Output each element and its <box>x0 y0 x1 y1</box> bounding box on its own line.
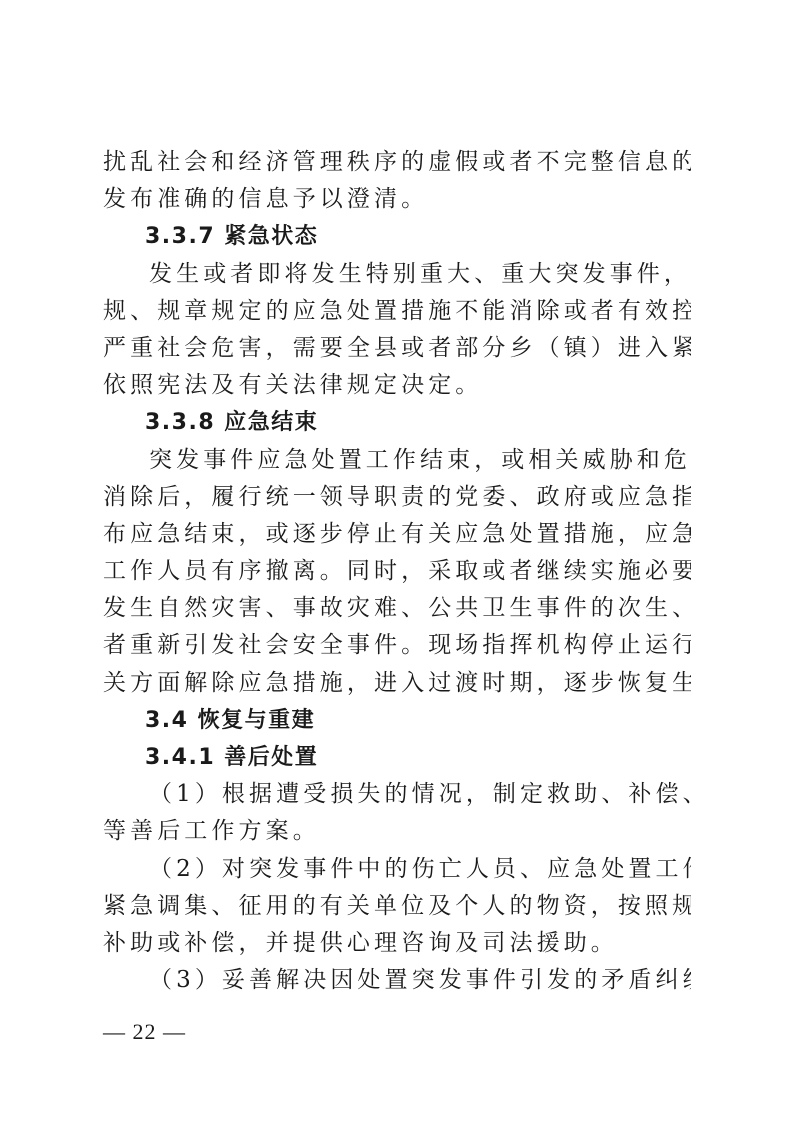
page-number: — 22 — <box>103 1019 186 1045</box>
body-line: 突发事件应急处置工作结束，或相关威胁和危害得到控制、 <box>103 442 691 479</box>
section-heading-3-4: 3.4 恢复与重建 <box>103 702 691 739</box>
body-line: 布应急结束，或逐步停止有关应急处置措施，应急救援队伍和 <box>103 516 691 553</box>
body-line: 关方面解除应急措施，进入过渡时期，逐步恢复生产生活秩序。 <box>103 665 691 702</box>
body-line: 依照宪法及有关法律规定决定。 <box>103 367 691 404</box>
body-line: 等善后工作方案。 <box>103 813 691 850</box>
body-line: 消除后，履行统一领导职责的党委、政府或应急指挥机构可宣 <box>103 479 691 516</box>
body-line: 发生自然灾害、事故灾难、公共卫生事件的次生、衍生事件或 <box>103 590 691 627</box>
body-line: （2）对突发事件中的伤亡人员、应急处置工作人员，以及 <box>103 851 691 888</box>
section-heading-3-4-1: 3.4.1 善后处置 <box>103 739 691 776</box>
section-heading-3-3-8: 3.3.8 应急结束 <box>103 404 691 441</box>
body-line: 发布准确的信息予以澄清。 <box>103 181 691 218</box>
body-line: 工作人员有序撤离。同时，采取或者继续实施必要措施，防止 <box>103 553 691 590</box>
body-line: （3）妥善解决因处置突发事件引发的矛盾纠纷。 <box>103 962 691 999</box>
body-line: 紧急调集、征用的有关单位及个人的物资，按照规定给予抚恤、 <box>103 888 691 925</box>
body-line: 严重社会危害，需要全县或者部分乡（镇）进入紧急状态的， <box>103 330 691 367</box>
body-line: （1）根据遭受损失的情况，制定救助、补偿、抚慰、安置 <box>103 776 691 813</box>
document-page: 扰乱社会和经济管理秩序的虚假或者不完整信息的，应当及时 发布准确的信息予以澄清。… <box>103 144 691 999</box>
body-line: 规、规章规定的应急处置措施不能消除或者有效控制、减轻其 <box>103 293 691 330</box>
body-line: 补助或补偿，并提供心理咨询及司法援助。 <box>103 925 691 962</box>
section-heading-3-3-7: 3.3.7 紧急状态 <box>103 218 691 255</box>
body-line: 发生或者即将发生特别重大、重大突发事件，采取法律法 <box>103 256 691 293</box>
body-line: 者重新引发社会安全事件。现场指挥机构停止运行后，通知相 <box>103 627 691 664</box>
body-line: 扰乱社会和经济管理秩序的虚假或者不完整信息的，应当及时 <box>103 144 691 181</box>
